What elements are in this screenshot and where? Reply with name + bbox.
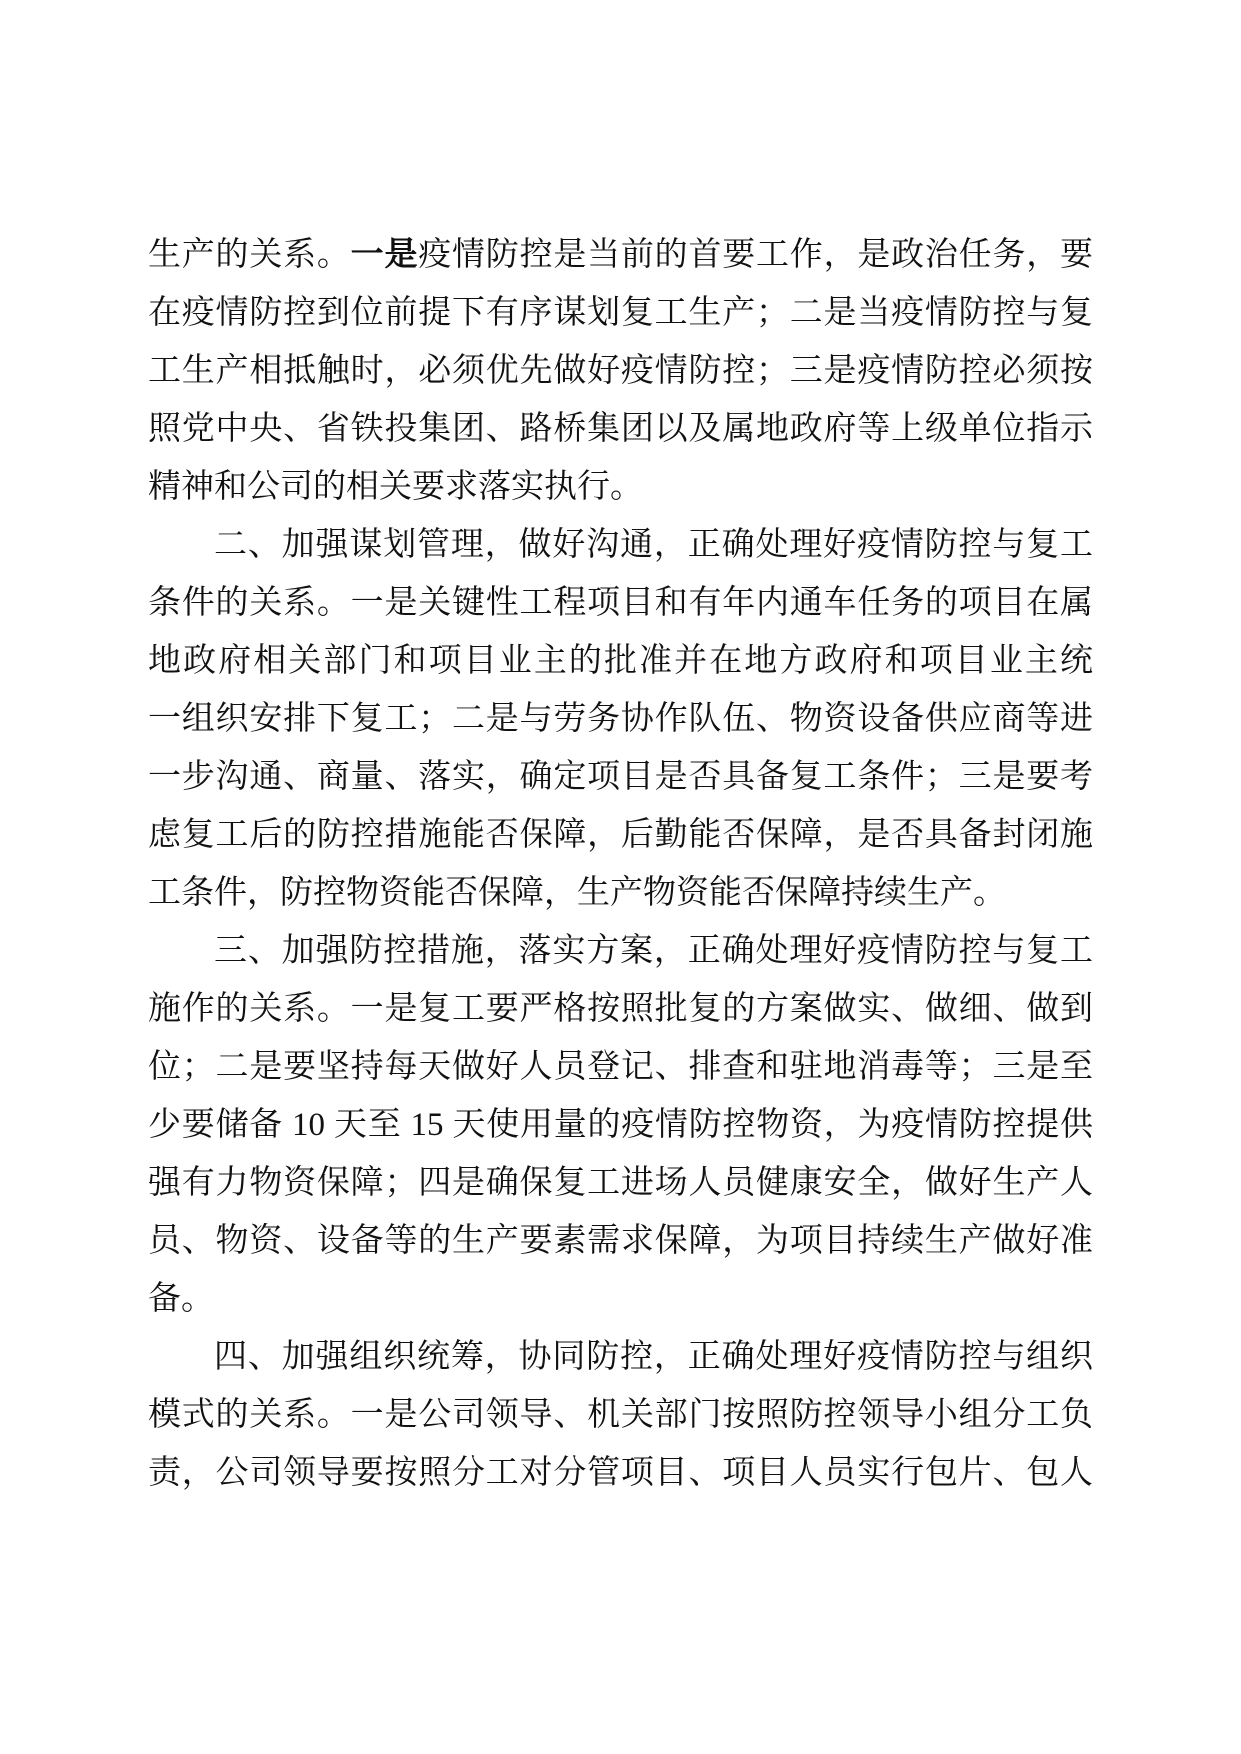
text-run: 生产的关系。 (148, 237, 351, 273)
text-run: 模式的关系。一是公司领导、机关部门按照防控领导小组分工负 (148, 1397, 1093, 1433)
text-run: 备。 (148, 1281, 214, 1317)
text-line: 在疫情防控到位前提下有序谋划复工生产；二是当疫情防控与复 (148, 284, 1093, 342)
text-line: 责，公司领导要按照分工对分管项目、项目人员实行包片、包人 (148, 1444, 1093, 1502)
text-line: 一步沟通、商量、落实，确定项目是否具备复工条件；三是要考 (148, 748, 1093, 806)
text-run: 一步沟通、商量、落实，确定项目是否具备复工条件；三是要考 (148, 759, 1093, 795)
text-line: 二、加强谋划管理，做好沟通，正确处理好疫情防控与复工 (148, 516, 1093, 574)
text-run: 一组织安排下复工；二是与劳务协作队伍、物资设备供应商等进 (148, 701, 1093, 737)
document-page: 生产的关系。一是疫情防控是当前的首要工作，是政治任务，要在疫情防控到位前提下有序… (0, 0, 1241, 1754)
text-line: 施作的关系。一是复工要严格按照批复的方案做实、做细、做到 (148, 980, 1093, 1038)
text-run: 工生产相抵触时，必须优先做好疫情防控；三是疫情防控必须按 (148, 353, 1093, 389)
text-line: 备。 (148, 1270, 1093, 1328)
text-line: 少要储备 10 天至 15 天使用量的疫情防控物资，为疫情防控提供 (148, 1096, 1093, 1154)
text-line: 四、加强组织统筹，协同防控，正确处理好疫情防控与组织 (148, 1328, 1093, 1386)
text-run: 疫情防控是当前的首要工作，是政治任务，要 (418, 237, 1093, 273)
document-body: 生产的关系。一是疫情防控是当前的首要工作，是政治任务，要在疫情防控到位前提下有序… (148, 226, 1093, 1502)
text-line: 员、物资、设备等的生产要素需求保障，为项目持续生产做好准 (148, 1212, 1093, 1270)
text-run: 三、加强防控措施，落实方案，正确处理好疫情防控与复工 (214, 933, 1093, 969)
text-run: 虑复工后的防控措施能否保障，后勤能否保障，是否具备封闭施 (148, 817, 1093, 853)
text-run: 二、加强谋划管理，做好沟通，正确处理好疫情防控与复工 (214, 527, 1093, 563)
bold-emphasis: 一是 (351, 237, 419, 273)
text-run: 地政府相关部门和项目业主的批准并在地方政府和项目业主统 (148, 643, 1093, 679)
text-line: 照党中央、省铁投集团、路桥集团以及属地政府等上级单位指示 (148, 400, 1093, 458)
text-line: 工条件，防控物资能否保障，生产物资能否保障持续生产。 (148, 864, 1093, 922)
text-run: 责，公司领导要按照分工对分管项目、项目人员实行包片、包人 (148, 1455, 1093, 1491)
text-run: 在疫情防控到位前提下有序谋划复工生产；二是当疫情防控与复 (148, 295, 1093, 331)
text-line: 强有力物资保障；四是确保复工进场人员健康安全，做好生产人 (148, 1154, 1093, 1212)
text-run: 工条件，防控物资能否保障，生产物资能否保障持续生产。 (148, 875, 1006, 911)
text-line: 一组织安排下复工；二是与劳务协作队伍、物资设备供应商等进 (148, 690, 1093, 748)
text-run: 条件的关系。一是关键性工程项目和有年内通车任务的项目在属 (148, 585, 1093, 621)
text-run: 施作的关系。一是复工要严格按照批复的方案做实、做细、做到 (148, 991, 1093, 1027)
text-run: 精神和公司的相关要求落实执行。 (148, 469, 643, 505)
text-run: 少要储备 10 天至 15 天使用量的疫情防控物资，为疫情防控提供 (148, 1107, 1093, 1143)
text-line: 精神和公司的相关要求落实执行。 (148, 458, 1093, 516)
text-run: 员、物资、设备等的生产要素需求保障，为项目持续生产做好准 (148, 1223, 1093, 1259)
text-line: 模式的关系。一是公司领导、机关部门按照防控领导小组分工负 (148, 1386, 1093, 1444)
text-line: 条件的关系。一是关键性工程项目和有年内通车任务的项目在属 (148, 574, 1093, 632)
text-line: 生产的关系。一是疫情防控是当前的首要工作，是政治任务，要 (148, 226, 1093, 284)
text-line: 三、加强防控措施，落实方案，正确处理好疫情防控与复工 (148, 922, 1093, 980)
text-run: 位；二是要坚持每天做好人员登记、排查和驻地消毒等；三是至 (148, 1049, 1093, 1085)
text-line: 虑复工后的防控措施能否保障，后勤能否保障，是否具备封闭施 (148, 806, 1093, 864)
text-run: 四、加强组织统筹，协同防控，正确处理好疫情防控与组织 (214, 1339, 1093, 1375)
text-line: 位；二是要坚持每天做好人员登记、排查和驻地消毒等；三是至 (148, 1038, 1093, 1096)
text-line: 地政府相关部门和项目业主的批准并在地方政府和项目业主统 (148, 632, 1093, 690)
text-run: 强有力物资保障；四是确保复工进场人员健康安全，做好生产人 (148, 1165, 1093, 1201)
text-run: 照党中央、省铁投集团、路桥集团以及属地政府等上级单位指示 (148, 411, 1093, 447)
text-line: 工生产相抵触时，必须优先做好疫情防控；三是疫情防控必须按 (148, 342, 1093, 400)
